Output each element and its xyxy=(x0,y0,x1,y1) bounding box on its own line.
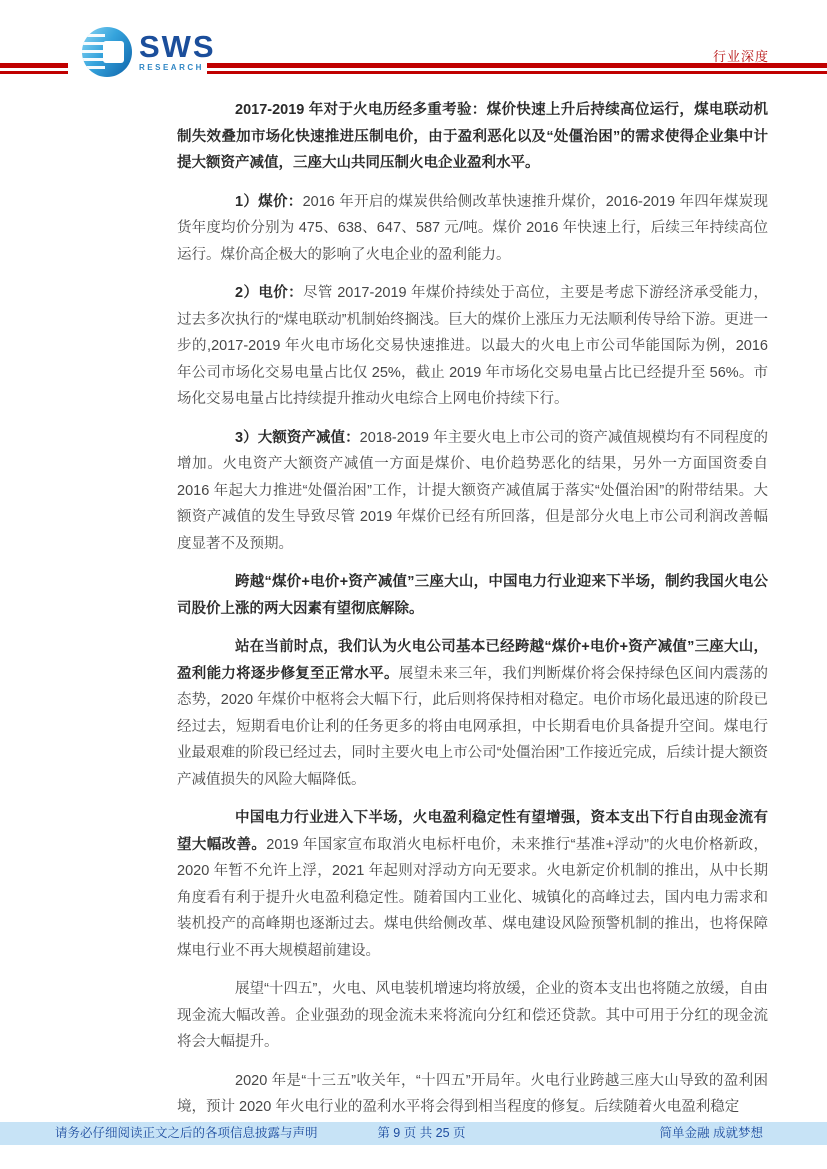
paragraph-bold-lead: 2017-2019 年对于火电历经多重考验：煤价快速上升后持续高位运行，煤电联动… xyxy=(177,102,768,171)
sws-logo-text: SWS RESEARCH xyxy=(139,32,216,72)
report-category-label: 行业深度 xyxy=(713,46,769,65)
paragraph: 跨越“煤价+电价+资产减值”三座大山，中国电力行业迎来下半场，制约我国火电公司股… xyxy=(177,569,768,622)
paragraph-text: 展望未来三年，我们判断煤价将会保持绿色区间内震荡的态势，2020 年煤价中枢将会… xyxy=(177,666,768,788)
header-rule-right-thin xyxy=(207,71,827,74)
paragraph-bold-lead: 3）大额资产减值： xyxy=(235,430,360,446)
paragraph: 1）煤价：2016 年开启的煤炭供给侧改革快速推升煤价，2016-2019 年四… xyxy=(177,189,768,269)
logo-wordmark: SWS xyxy=(139,32,216,62)
paragraph-bold-lead: 1）煤价： xyxy=(235,194,303,210)
paragraph-text: 2020 年是“十三五”收关年，“十四五”开局年。火电行业跨越三座大山导致的盈利… xyxy=(177,1073,768,1116)
footer-bar: 请务必仔细阅读正文之后的各项信息披露与声明 第 9 页 共 25 页 简单金融 … xyxy=(0,1122,827,1145)
header-rule-left-thin xyxy=(0,71,68,74)
paragraph-text: 尽管 2017-2019 年煤价持续处于高位，主要是考虑下游经济承受能力，过去多… xyxy=(177,285,768,407)
footer-slogan: 简单金融 成就梦想 xyxy=(660,1122,763,1145)
logo-subtitle: RESEARCH xyxy=(139,63,216,72)
paragraph: 中国电力行业进入下半场，火电盈利稳定性有望增强，资本支出下行自由现金流有望大幅改… xyxy=(177,805,768,964)
footer-page-number: 第 9 页 共 25 页 xyxy=(377,1122,465,1145)
report-page: SWS RESEARCH 行业深度 2017-2019 年对于火电历经多重考验：… xyxy=(0,0,827,1169)
footer-disclaimer: 请务必仔细阅读正文之后的各项信息披露与声明 xyxy=(55,1122,318,1145)
header-rule-left-thick xyxy=(0,63,68,68)
paragraph: 2020 年是“十三五”收关年，“十四五”开局年。火电行业跨越三座大山导致的盈利… xyxy=(177,1068,768,1121)
paragraph-bold-lead: 跨越“煤价+电价+资产减值”三座大山，中国电力行业迎来下半场，制约我国火电公司股… xyxy=(177,574,768,617)
paragraph-text: 2019 年国家宣布取消火电标杆电价，未来推行“基准+浮动”的火电价格新政，20… xyxy=(177,837,768,959)
paragraph-text: 展望“十四五”，火电、风电装机增速均将放缓，企业的资本支出也将随之放缓，自由现金… xyxy=(177,981,768,1050)
paragraph-bold-lead: 2）电价： xyxy=(235,285,303,301)
paragraph-text: 2018-2019 年主要火电上市公司的资产减值规模均有不同程度的增加。火电资产… xyxy=(177,430,768,552)
paragraph: 展望“十四五”，火电、风电装机增速均将放缓，企业的资本支出也将随之放缓，自由现金… xyxy=(177,976,768,1056)
paragraph: 站在当前时点，我们认为火电公司基本已经跨越“煤价+电价+资产减值”三座大山，盈利… xyxy=(177,634,768,793)
sws-globe-icon xyxy=(82,27,132,77)
sws-logo: SWS RESEARCH xyxy=(82,27,216,77)
paragraph: 3）大额资产减值：2018-2019 年主要火电上市公司的资产减值规模均有不同程… xyxy=(177,425,768,558)
paragraph: 2017-2019 年对于火电历经多重考验：煤价快速上升后持续高位运行，煤电联动… xyxy=(177,97,768,177)
report-body: 2017-2019 年对于火电历经多重考验：煤价快速上升后持续高位运行，煤电联动… xyxy=(177,97,768,1133)
paragraph: 2）电价：尽管 2017-2019 年煤价持续处于高位，主要是考虑下游经济承受能… xyxy=(177,280,768,413)
